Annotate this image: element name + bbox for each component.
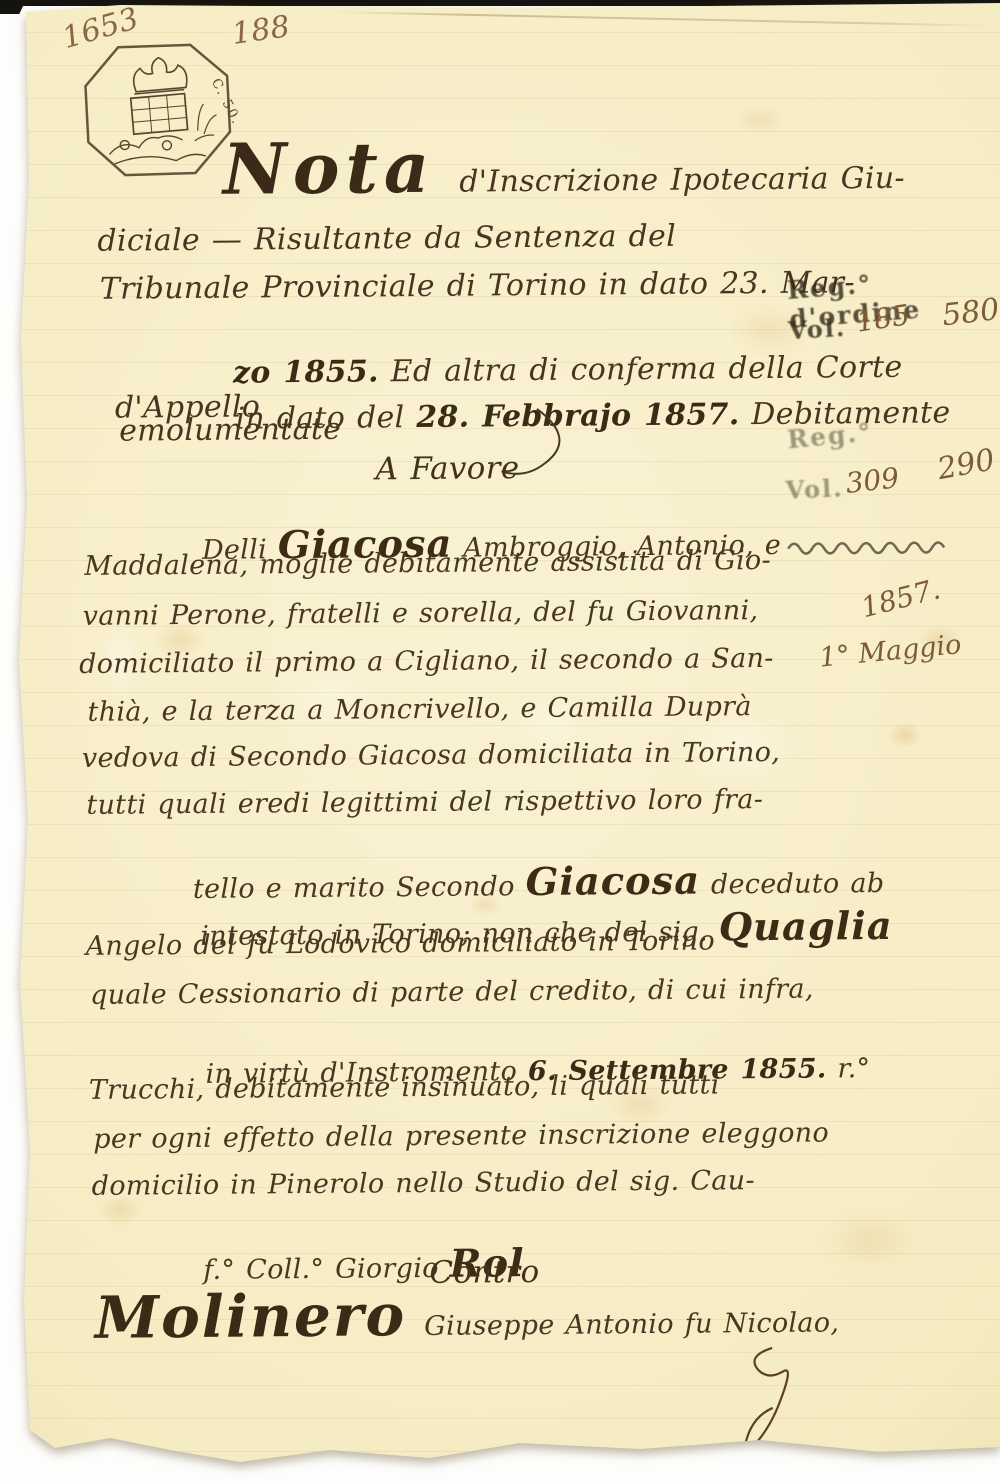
document-scan: C. 50. 1653 188 Nota d'Inscrizione Ipote… <box>0 0 1000 1481</box>
manuscript-line: Maddalena, moglie debitamente assistita … <box>84 545 771 582</box>
squiggle-stamp-icon <box>786 535 961 561</box>
manuscript-line: vanni Perone, fratelli e sorella, del fu… <box>83 595 759 632</box>
title-line: Nota d'Inscrizione Ipotecaria Giu- <box>222 124 905 210</box>
margin-date-day: 1° Maggio <box>818 629 963 674</box>
registry-number: 580 <box>940 292 1000 333</box>
title-word: Nota <box>222 128 435 210</box>
manuscript-line: per ogni effetto della presente inscrizi… <box>93 1117 829 1154</box>
volume-stamp-label: Vol. <box>785 473 844 504</box>
signature-flourish-icon <box>710 1342 801 1453</box>
title-rest: d'Inscrizione Ipotecaria Giu- <box>459 162 905 200</box>
manuscript-ink-layer: Nota d'Inscrizione Ipotecaria Giu- dicia… <box>0 0 1000 1481</box>
manuscript-line: tutti quali eredi legittimi del rispetti… <box>86 784 763 821</box>
manuscript-line: emolumentate <box>119 413 341 449</box>
manuscript-line: quale Cessionario di parte del credito, … <box>90 974 814 1011</box>
manuscript-line: Tribunale Provinciale di Torino in dato … <box>100 266 855 307</box>
volume-stamp-label: Vol. <box>787 313 847 345</box>
paper-surface: C. 50. 1653 188 Nota d'Inscrizione Ipote… <box>0 0 1000 1481</box>
manuscript-line: diciale — Risultante da Sentenza del <box>97 220 676 260</box>
manuscript-line: thià, e la terza a Moncrivello, e Camill… <box>87 691 751 728</box>
manuscript-line: Angelo del fu Lodovico domiciliato in To… <box>85 925 715 962</box>
margin-date-year: 1857. <box>858 572 944 624</box>
line-segment: r.° <box>826 1053 870 1084</box>
manuscript-line: Molinero Giuseppe Antonio fu Nicolao, <box>95 1278 840 1351</box>
manuscript-line: domiciliato il primo a Cigliano, il seco… <box>79 643 774 680</box>
party-name: Quaglia <box>719 904 893 951</box>
scan-corner-shadow <box>0 0 40 14</box>
party-name: Molinero <box>95 1282 407 1351</box>
paper-sheet: C. 50. 1653 188 Nota d'Inscrizione Ipote… <box>0 0 1000 1481</box>
manuscript-line: vedova di Secondo Giacosa domiciliata in… <box>82 737 780 774</box>
heading-a-favore: A Favore <box>297 450 597 488</box>
manuscript-line: domicilio in Pinerolo nello Studio del s… <box>92 1165 755 1202</box>
manuscript-line: Trucchi, debitamente insinuato, li quali… <box>89 1069 720 1106</box>
line-segment: Giuseppe Antonio fu Nicolao, <box>424 1307 839 1342</box>
volume-number: 309 <box>844 461 901 500</box>
